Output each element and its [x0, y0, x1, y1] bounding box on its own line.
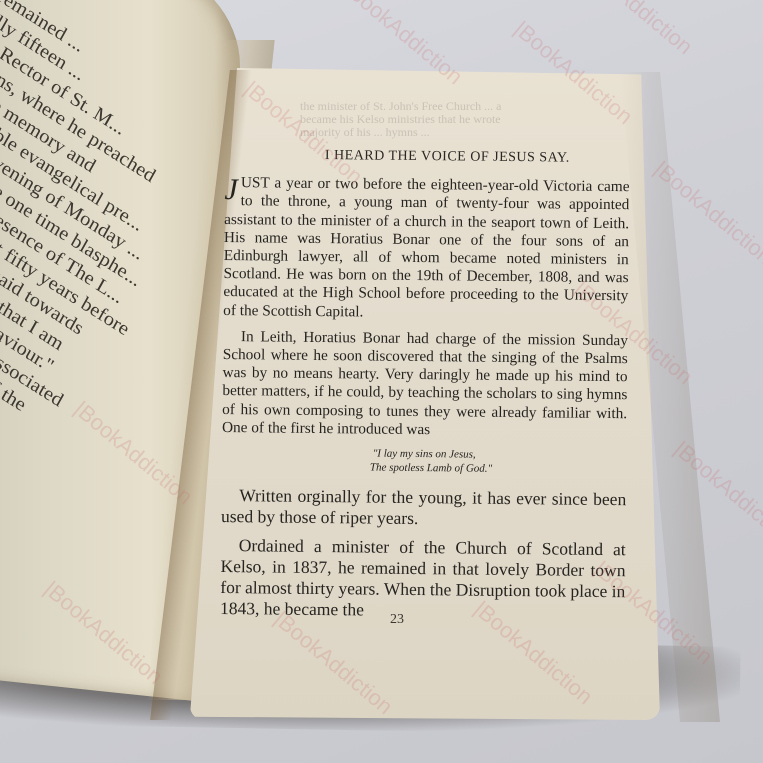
right-page-content: I HEARD THE VOICE OF JESUS SAY. JUST a y… [220, 140, 630, 631]
paragraph-2: In Leith, Horatius Bonar had charge of t… [222, 328, 628, 441]
chapter-heading: I HEARD THE VOICE OF JESUS SAY. [265, 146, 630, 168]
hymn-verse: "I lay my sins on Jesus, The spotless La… [222, 445, 627, 477]
book-photo: He remained ...as fully fifteen ...Stree… [0, 0, 763, 763]
verse-line-2: The spotless Lamb of God." [222, 459, 627, 477]
page-number: 23 [390, 612, 404, 628]
paragraph-4: Ordained a minister of the Church of Sco… [220, 535, 626, 623]
bleed-through-text: the minister of St. John's Free Church .… [300, 100, 590, 139]
watermark: |BookAddiction [569, 0, 698, 60]
paragraph-3: Written orginally for the young, it has … [221, 485, 626, 531]
drop-cap: J [224, 176, 238, 204]
paragraph-1: JUST a year or two before the eighteen-y… [223, 174, 630, 324]
